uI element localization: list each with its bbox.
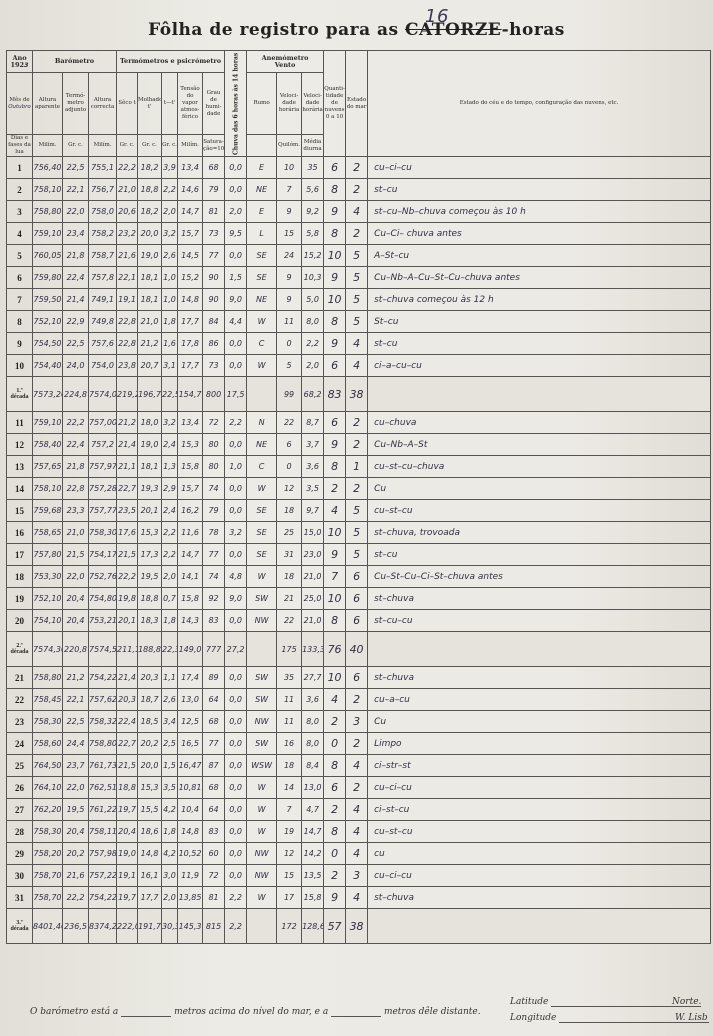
- cell-media: 128,6: [302, 909, 324, 944]
- cell-tensao: 154,7: [178, 377, 203, 412]
- cell-sky-state: st–cu: [368, 333, 711, 355]
- cell-sky-state: ci–st–cu: [368, 799, 711, 821]
- unit: Quilóm.: [277, 135, 302, 157]
- cell-mar: 4: [346, 333, 368, 355]
- cell-tensao: 13,4: [178, 157, 203, 179]
- cell-nuvens: 9: [324, 544, 346, 566]
- day-number: 14: [7, 478, 33, 500]
- cell-humid: 81: [203, 887, 225, 909]
- cell-alt-corr: 757,22: [89, 865, 117, 887]
- cell-alt-ap: 758,40: [33, 434, 63, 456]
- cell-alt-ap: 758,45: [33, 689, 63, 711]
- register-table: Ano1923 Barómetro Termómetros e psicróme…: [6, 50, 711, 944]
- cell-sky-state: [368, 632, 711, 667]
- cell-alt-ap: 753,30: [33, 566, 63, 588]
- cell-rumo: [247, 632, 277, 667]
- cell-alt-ap: 752,10: [33, 311, 63, 333]
- cell-alt-ap: 764,10: [33, 777, 63, 799]
- cell-rumo: SE: [247, 522, 277, 544]
- day-number: 26: [7, 777, 33, 799]
- cell-seco: 22,7: [117, 478, 138, 500]
- cell-sky-state: st–chuva começou às 12 h: [368, 289, 711, 311]
- cell-media: 9,2: [302, 201, 324, 223]
- decade-label: 3.ª década: [7, 909, 33, 944]
- cell-dif: 30,3: [162, 909, 178, 944]
- year-header: Ano1923: [7, 51, 33, 73]
- cell-chuva: 9,5: [225, 223, 247, 245]
- cell-tensao: 17,8: [178, 333, 203, 355]
- cell-sky-state: ci–str–st: [368, 755, 711, 777]
- cell-nuvens: 8: [324, 179, 346, 201]
- cell-alt-ap: 757,65: [33, 456, 63, 478]
- table-row: 22758,4522,1757,6220,318,72,613,0640,0SW…: [7, 689, 711, 711]
- cell-mar: 4: [346, 799, 368, 821]
- col-humidade: Grau de humi-dade: [203, 73, 225, 135]
- cell-sky-state: St–cu: [368, 311, 711, 333]
- cell-chuva: 0,0: [225, 777, 247, 799]
- cell-nuvens: 8: [324, 223, 346, 245]
- cell-media: 13,5: [302, 865, 324, 887]
- cell-tensao: 16,47: [178, 755, 203, 777]
- cell-termo-adj: 22,0: [63, 566, 89, 588]
- cell-nuvens: 10: [324, 588, 346, 610]
- cell-alt-corr: 755,1: [89, 157, 117, 179]
- cell-chuva: 1,0: [225, 456, 247, 478]
- table-row: 30758,7021,6757,2219,116,13,011,9720,0NW…: [7, 865, 711, 887]
- cell-alt-corr: 762,51: [89, 777, 117, 799]
- col-molhado: Molhado t': [138, 73, 162, 135]
- cell-dif: 2,4: [162, 500, 178, 522]
- cell-tensao: 10,4: [178, 799, 203, 821]
- cell-media: 15,2: [302, 245, 324, 267]
- cell-rumo: WSW: [247, 755, 277, 777]
- cell-molhado: 18,1: [138, 456, 162, 478]
- cell-media: 9,7: [302, 500, 324, 522]
- cell-nuvens: 2: [324, 865, 346, 887]
- table-row: 28758,3020,4758,1120,418,61,814,8830,0W1…: [7, 821, 711, 843]
- cell-seco: 19,7: [117, 799, 138, 821]
- cell-termo-adj: 20,4: [63, 610, 89, 632]
- table-row: 7759,5021,4749,119,118,11,014,8909,0NE95…: [7, 289, 711, 311]
- cell-vel: 10: [277, 157, 302, 179]
- cell-humid: 815: [203, 909, 225, 944]
- day-number: 7: [7, 289, 33, 311]
- cell-termo-adj: 21,5: [63, 544, 89, 566]
- cell-vel: 24: [277, 245, 302, 267]
- cell-termo-adj: 22,4: [63, 434, 89, 456]
- day-number: 29: [7, 843, 33, 865]
- cell-rumo: W: [247, 478, 277, 500]
- cell-humid: 68: [203, 157, 225, 179]
- cell-alt-corr: 758,0: [89, 201, 117, 223]
- cell-dif: 4,2: [162, 843, 178, 865]
- page-title: Fôlha de registro para as CATORZE-horas …: [0, 20, 713, 40]
- cell-alt-ap: 758,70: [33, 865, 63, 887]
- cell-alt-ap: 752,10: [33, 588, 63, 610]
- cell-tensao: 17,7: [178, 311, 203, 333]
- cell-alt-corr: 752,76: [89, 566, 117, 588]
- cell-rumo: N: [247, 412, 277, 434]
- cell-nuvens: 2: [324, 799, 346, 821]
- cell-chuva: 0,0: [225, 821, 247, 843]
- cell-humid: 81: [203, 201, 225, 223]
- cell-alt-ap: 7573,20: [33, 377, 63, 412]
- cell-molhado: 16,1: [138, 865, 162, 887]
- cell-alt-ap: 759,80: [33, 267, 63, 289]
- day-number: 18: [7, 566, 33, 588]
- cell-molhado: 18,6: [138, 821, 162, 843]
- cell-sky-state: st–chuva: [368, 588, 711, 610]
- cell-rumo: E: [247, 157, 277, 179]
- cell-dif: 22,5: [162, 377, 178, 412]
- cell-alt-corr: 753,21: [89, 610, 117, 632]
- cell-humid: 74: [203, 478, 225, 500]
- cell-tensao: 14,8: [178, 289, 203, 311]
- cell-dif: 2,2: [162, 522, 178, 544]
- cell-seco: 19,8: [117, 588, 138, 610]
- cell-termo-adj: 22,2: [63, 887, 89, 909]
- cell-dif: 1,3: [162, 456, 178, 478]
- cell-mar: 4: [346, 887, 368, 909]
- table-row: 18753,3022,0752,7622,219,52,014,1744,8W1…: [7, 566, 711, 588]
- cell-tensao: 12,5: [178, 711, 203, 733]
- cell-sky-state: cu–st–cu: [368, 821, 711, 843]
- handwritten-hour: 16: [425, 6, 449, 27]
- cell-vel: 22: [277, 412, 302, 434]
- cell-chuva: 0,0: [225, 478, 247, 500]
- cell-chuva: 0,0: [225, 667, 247, 689]
- table-row: 17757,8021,5754,1721,517,32,214,7770,0SE…: [7, 544, 711, 566]
- cell-seco: 21,1: [117, 456, 138, 478]
- cell-mar: 2: [346, 733, 368, 755]
- unit: Milím.: [89, 135, 117, 157]
- cell-seco: 21,4: [117, 434, 138, 456]
- cell-humid: 79: [203, 500, 225, 522]
- cell-mar: 2: [346, 412, 368, 434]
- cell-mar: 5: [346, 289, 368, 311]
- cell-mar: 4: [346, 843, 368, 865]
- cell-alt-ap: 758,65: [33, 522, 63, 544]
- cell-molhado: 21,2: [138, 333, 162, 355]
- day-number: 6: [7, 267, 33, 289]
- cell-mar: 40: [346, 632, 368, 667]
- cell-termo-adj: 22,0: [63, 201, 89, 223]
- day-number: 9: [7, 333, 33, 355]
- cell-rumo: W: [247, 311, 277, 333]
- thermometer-header: Termómetros e psicrómetro: [117, 51, 225, 73]
- day-number: 20: [7, 610, 33, 632]
- cell-vel: 15: [277, 223, 302, 245]
- cell-rumo: SW: [247, 667, 277, 689]
- day-number: 30: [7, 865, 33, 887]
- cell-humid: 72: [203, 865, 225, 887]
- cell-mar: 4: [346, 755, 368, 777]
- cell-alt-corr: 757,97: [89, 456, 117, 478]
- cell-tensao: 10,52: [178, 843, 203, 865]
- cell-nuvens: 6: [324, 412, 346, 434]
- cell-media: 21,0: [302, 566, 324, 588]
- day-number: 19: [7, 588, 33, 610]
- cell-mar: 3: [346, 865, 368, 887]
- cell-dif: 22,3: [162, 632, 178, 667]
- col-termo-adjunto: Termó-metro adjunto: [63, 73, 89, 135]
- cell-vel: 18: [277, 755, 302, 777]
- day-number: 15: [7, 500, 33, 522]
- cell-termo-adj: 21,2: [63, 667, 89, 689]
- cell-nuvens: 2: [324, 711, 346, 733]
- cell-alt-ap: 758,60: [33, 733, 63, 755]
- cell-chuva: 0,0: [225, 689, 247, 711]
- cell-molhado: 196,7: [138, 377, 162, 412]
- cell-seco: 20,6: [117, 201, 138, 223]
- cell-vel: 175: [277, 632, 302, 667]
- cell-media: 23,0: [302, 544, 324, 566]
- cell-tensao: 15,3: [178, 434, 203, 456]
- cell-termo-adj: 22,9: [63, 311, 89, 333]
- cell-rumo: SE: [247, 500, 277, 522]
- cell-mar: 38: [346, 377, 368, 412]
- cell-humid: 83: [203, 821, 225, 843]
- cell-tensao: 14,7: [178, 544, 203, 566]
- cell-seco: 22,8: [117, 333, 138, 355]
- table-row: 20754,1020,4753,2120,118,31,814,3830,0NW…: [7, 610, 711, 632]
- cell-dif: 0,7: [162, 588, 178, 610]
- cell-termo-adj: 22,1: [63, 689, 89, 711]
- col-velocidade-media: Veloci-dade horária: [302, 73, 324, 135]
- cell-rumo: NW: [247, 843, 277, 865]
- cell-termo-adj: 20,4: [63, 821, 89, 843]
- cell-rumo: SW: [247, 733, 277, 755]
- cell-mar: 4: [346, 355, 368, 377]
- cell-humid: 73: [203, 223, 225, 245]
- cell-termo-adj: 24,0: [63, 355, 89, 377]
- cell-rumo: W: [247, 777, 277, 799]
- table-row: 25764,5023,7761,7321,520,01,516,47870,0W…: [7, 755, 711, 777]
- cell-alt-corr: 749,1: [89, 289, 117, 311]
- west-label: W. Lisb: [675, 1013, 708, 1023]
- cell-termo-adj: 236,5: [63, 909, 89, 944]
- cell-termo-adj: 23,4: [63, 223, 89, 245]
- table-row: 16758,6521,0758,3017,615,32,211,6783,2SE…: [7, 522, 711, 544]
- cell-media: 133,3: [302, 632, 324, 667]
- day-number: 1: [7, 157, 33, 179]
- cell-molhado: 20,7: [138, 355, 162, 377]
- day-number: 27: [7, 799, 33, 821]
- table-row: 14758,1022,8757,2822,719,32,915,7740,0W1…: [7, 478, 711, 500]
- cell-tensao: 16,2: [178, 500, 203, 522]
- day-number: 23: [7, 711, 33, 733]
- cell-mar: 38: [346, 909, 368, 944]
- cell-rumo: SE: [247, 245, 277, 267]
- cell-dif: 2,2: [162, 179, 178, 201]
- cell-alt-corr: 754,80: [89, 588, 117, 610]
- cell-humid: 777: [203, 632, 225, 667]
- cell-sky-state: st–cu: [368, 544, 711, 566]
- cell-media: 8,0: [302, 733, 324, 755]
- cell-media: 8,0: [302, 311, 324, 333]
- cell-alt-ap: 758,80: [33, 667, 63, 689]
- cell-seco: 17,6: [117, 522, 138, 544]
- cell-rumo: NW: [247, 610, 277, 632]
- cell-sky-state: st–chuva, trovoada: [368, 522, 711, 544]
- cell-dif: 2,0: [162, 566, 178, 588]
- cell-vel: 9: [277, 201, 302, 223]
- table-row: 5760,0521,8758,721,619,02,614,5770,0SE24…: [7, 245, 711, 267]
- cell-rumo: NW: [247, 865, 277, 887]
- cell-molhado: 17,3: [138, 544, 162, 566]
- rain-header: Chuva das 6 horas às 14 horas: [225, 51, 247, 157]
- cell-vel: 25: [277, 522, 302, 544]
- cell-dif: 3,4: [162, 711, 178, 733]
- cell-alt-corr: 761,73: [89, 755, 117, 777]
- cell-mar: 4: [346, 821, 368, 843]
- cell-alt-ap: 754,50: [33, 333, 63, 355]
- cell-humid: 68: [203, 777, 225, 799]
- cell-mar: 6: [346, 610, 368, 632]
- cell-alt-corr: 758,11: [89, 821, 117, 843]
- cell-molhado: 18,3: [138, 610, 162, 632]
- cell-seco: 22,7: [117, 733, 138, 755]
- col-tensao: Tensão do vapor atmos-férico: [178, 73, 203, 135]
- cell-nuvens: 6: [324, 157, 346, 179]
- cell-molhado: 14,8: [138, 843, 162, 865]
- day-number: 13: [7, 456, 33, 478]
- cell-vel: 9: [277, 289, 302, 311]
- cell-chuva: 0,0: [225, 799, 247, 821]
- sky-state-header: Estado do céu e do tempo, configuração d…: [368, 51, 711, 157]
- cell-mar: 1: [346, 456, 368, 478]
- cell-sky-state: [368, 909, 711, 944]
- cell-nuvens: 2: [324, 478, 346, 500]
- cell-seco: 23,5: [117, 500, 138, 522]
- cell-media: 5,0: [302, 289, 324, 311]
- cell-alt-ap: 754,10: [33, 610, 63, 632]
- col-rumo: Rumo: [247, 73, 277, 135]
- cell-vel: 172: [277, 909, 302, 944]
- cell-alt-corr: 754,0: [89, 355, 117, 377]
- cell-dif: 3,2: [162, 223, 178, 245]
- cell-molhado: 15,3: [138, 777, 162, 799]
- cell-mar: 2: [346, 777, 368, 799]
- cell-molhado: 15,5: [138, 799, 162, 821]
- cell-rumo: W: [247, 821, 277, 843]
- cell-sky-state: cu–ci–cu: [368, 157, 711, 179]
- unit: Gr. c.: [162, 135, 178, 157]
- cell-dif: 1,8: [162, 311, 178, 333]
- cell-vel: 31: [277, 544, 302, 566]
- cell-nuvens: 4: [324, 689, 346, 711]
- cell-molhado: 20,2: [138, 733, 162, 755]
- cell-seco: 19,7: [117, 887, 138, 909]
- cell-media: 2,0: [302, 355, 324, 377]
- register-sheet: Fôlha de registro para as CATORZE-horas …: [0, 0, 713, 1036]
- cell-termo-adj: 22,0: [63, 777, 89, 799]
- cell-sky-state: cu–ci–cu: [368, 777, 711, 799]
- cell-chuva: 2,2: [225, 909, 247, 944]
- cell-seco: 19,1: [117, 289, 138, 311]
- cell-chuva: 2,2: [225, 887, 247, 909]
- cell-rumo: NW: [247, 711, 277, 733]
- cell-mar: 2: [346, 179, 368, 201]
- cell-vel: 17: [277, 887, 302, 909]
- cell-alt-corr: 758,2: [89, 223, 117, 245]
- cell-chuva: 0,0: [225, 179, 247, 201]
- cell-sky-state: cu–ci–cu: [368, 865, 711, 887]
- cell-tensao: 15,7: [178, 223, 203, 245]
- cell-alt-ap: 756,40: [33, 157, 63, 179]
- decade-summary-row: 1.ª década7573,20224,87574,00219,2196,72…: [7, 377, 711, 412]
- cell-media: 2,2: [302, 333, 324, 355]
- cell-vel: 18: [277, 566, 302, 588]
- table-row: 24758,6024,4758,8022,720,22,516,5770,0SW…: [7, 733, 711, 755]
- cell-tensao: 145,3: [178, 909, 203, 944]
- title-prefix: Fôlha de registro para as: [148, 20, 398, 40]
- day-number: 24: [7, 733, 33, 755]
- cell-alt-corr: 757,77: [89, 500, 117, 522]
- table-row: 21758,8021,2754,2221,420,31,117,4890,0SW…: [7, 667, 711, 689]
- cell-nuvens: 0: [324, 733, 346, 755]
- cell-humid: 87: [203, 755, 225, 777]
- cell-sky-state: st–cu–Nb–chuva começou às 10 h: [368, 201, 711, 223]
- cell-nuvens: 9: [324, 267, 346, 289]
- cell-seco: 21,6: [117, 245, 138, 267]
- cell-molhado: 20,0: [138, 755, 162, 777]
- cell-sky-state: ci–a–cu–cu: [368, 355, 711, 377]
- cell-dif: 1,8: [162, 821, 178, 843]
- cell-nuvens: 9: [324, 333, 346, 355]
- cell-vel: 12: [277, 843, 302, 865]
- cell-alt-corr: 758,30: [89, 522, 117, 544]
- cell-termo-adj: 22,5: [63, 711, 89, 733]
- cell-seco: 22,4: [117, 711, 138, 733]
- cell-sky-state: st–cu–cu: [368, 610, 711, 632]
- cell-tensao: 149,0: [178, 632, 203, 667]
- cell-nuvens: 8: [324, 456, 346, 478]
- cell-termo-adj: 21,4: [63, 289, 89, 311]
- cell-seco: 18,8: [117, 777, 138, 799]
- cell-dif: 1,0: [162, 289, 178, 311]
- table-row: 27762,2019,5761,2219,715,54,210,4640,0W7…: [7, 799, 711, 821]
- cell-rumo: C: [247, 333, 277, 355]
- cell-mar: 3: [346, 711, 368, 733]
- cell-molhado: 20,0: [138, 223, 162, 245]
- cell-mar: 2: [346, 434, 368, 456]
- cell-dif: 3,2: [162, 412, 178, 434]
- cell-dif: 2,6: [162, 245, 178, 267]
- cell-tensao: 10,81: [178, 777, 203, 799]
- cell-rumo: NE: [247, 434, 277, 456]
- cell-dif: 2,6: [162, 689, 178, 711]
- cell-alt-ap: 758,30: [33, 821, 63, 843]
- cell-dif: 3,1: [162, 355, 178, 377]
- cell-seco: 22,8: [117, 311, 138, 333]
- cell-humid: 73: [203, 355, 225, 377]
- cell-rumo: C: [247, 456, 277, 478]
- cell-nuvens: 10: [324, 245, 346, 267]
- cell-chuva: 0,0: [225, 843, 247, 865]
- cell-alt-ap: 758,20: [33, 843, 63, 865]
- cell-chuva: 0,0: [225, 333, 247, 355]
- cell-alt-ap: 758,30: [33, 711, 63, 733]
- cell-humid: 92: [203, 588, 225, 610]
- cell-sky-state: Cu–Nb–A–St: [368, 434, 711, 456]
- cell-chuva: 3,2: [225, 522, 247, 544]
- cell-nuvens: 57: [324, 909, 346, 944]
- cell-tensao: 14,6: [178, 179, 203, 201]
- cell-termo-adj: 22,1: [63, 179, 89, 201]
- unit: [247, 135, 277, 157]
- cell-alt-corr: 757,2: [89, 434, 117, 456]
